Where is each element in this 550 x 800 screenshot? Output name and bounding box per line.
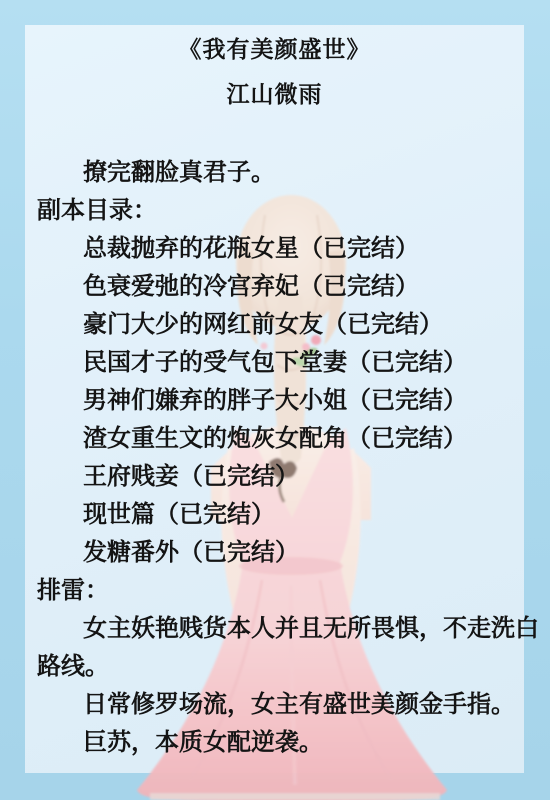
text-line: 副本目录： <box>37 192 523 230</box>
text-line: 女主妖艳贱货本人并且无所畏惧，不走洗白 <box>37 610 523 648</box>
text-line: 渣女重生文的炮灰女配角（已完结） <box>37 420 523 458</box>
text-line: 民国才子的受气包下堂妻（已完结） <box>37 344 523 382</box>
text-line: 男神们嫌弃的胖子大小姐（已完结） <box>37 382 523 420</box>
book-title: 《我有美颜盛世》 <box>25 27 524 72</box>
text-line: 现世篇（已完结） <box>37 496 523 534</box>
text-line: 豪门大少的网红前女友（已完结） <box>37 306 523 344</box>
text-line: 巨苏，本质女配逆袭。 <box>37 724 523 762</box>
text-line: 色衰爱弛的冷宫弃妃（已完结） <box>37 268 523 306</box>
title-block: 《我有美颜盛世》 江山微雨 <box>25 27 524 117</box>
text-line: 排雷： <box>37 572 523 610</box>
author-name: 江山微雨 <box>25 72 524 117</box>
text-line: 路线。 <box>37 648 523 686</box>
text-line: 发糖番外（已完结） <box>37 534 523 572</box>
text-layer: 《我有美颜盛世》 江山微雨 撩完翻脸真君子。副本目录：总裁抛弃的花瓶女星（已完结… <box>0 0 550 800</box>
text-line: 总裁抛弃的花瓶女星（已完结） <box>37 230 523 268</box>
text-line: 日常修罗场流，女主有盛世美颜金手指。 <box>37 686 523 724</box>
page: 《我有美颜盛世》 江山微雨 撩完翻脸真君子。副本目录：总裁抛弃的花瓶女星（已完结… <box>0 0 550 800</box>
text-line: 王府贱妾（已完结） <box>37 458 523 496</box>
body-text: 撩完翻脸真君子。副本目录：总裁抛弃的花瓶女星（已完结）色衰爱弛的冷宫弃妃（已完结… <box>37 154 523 762</box>
text-line: 撩完翻脸真君子。 <box>37 154 523 192</box>
